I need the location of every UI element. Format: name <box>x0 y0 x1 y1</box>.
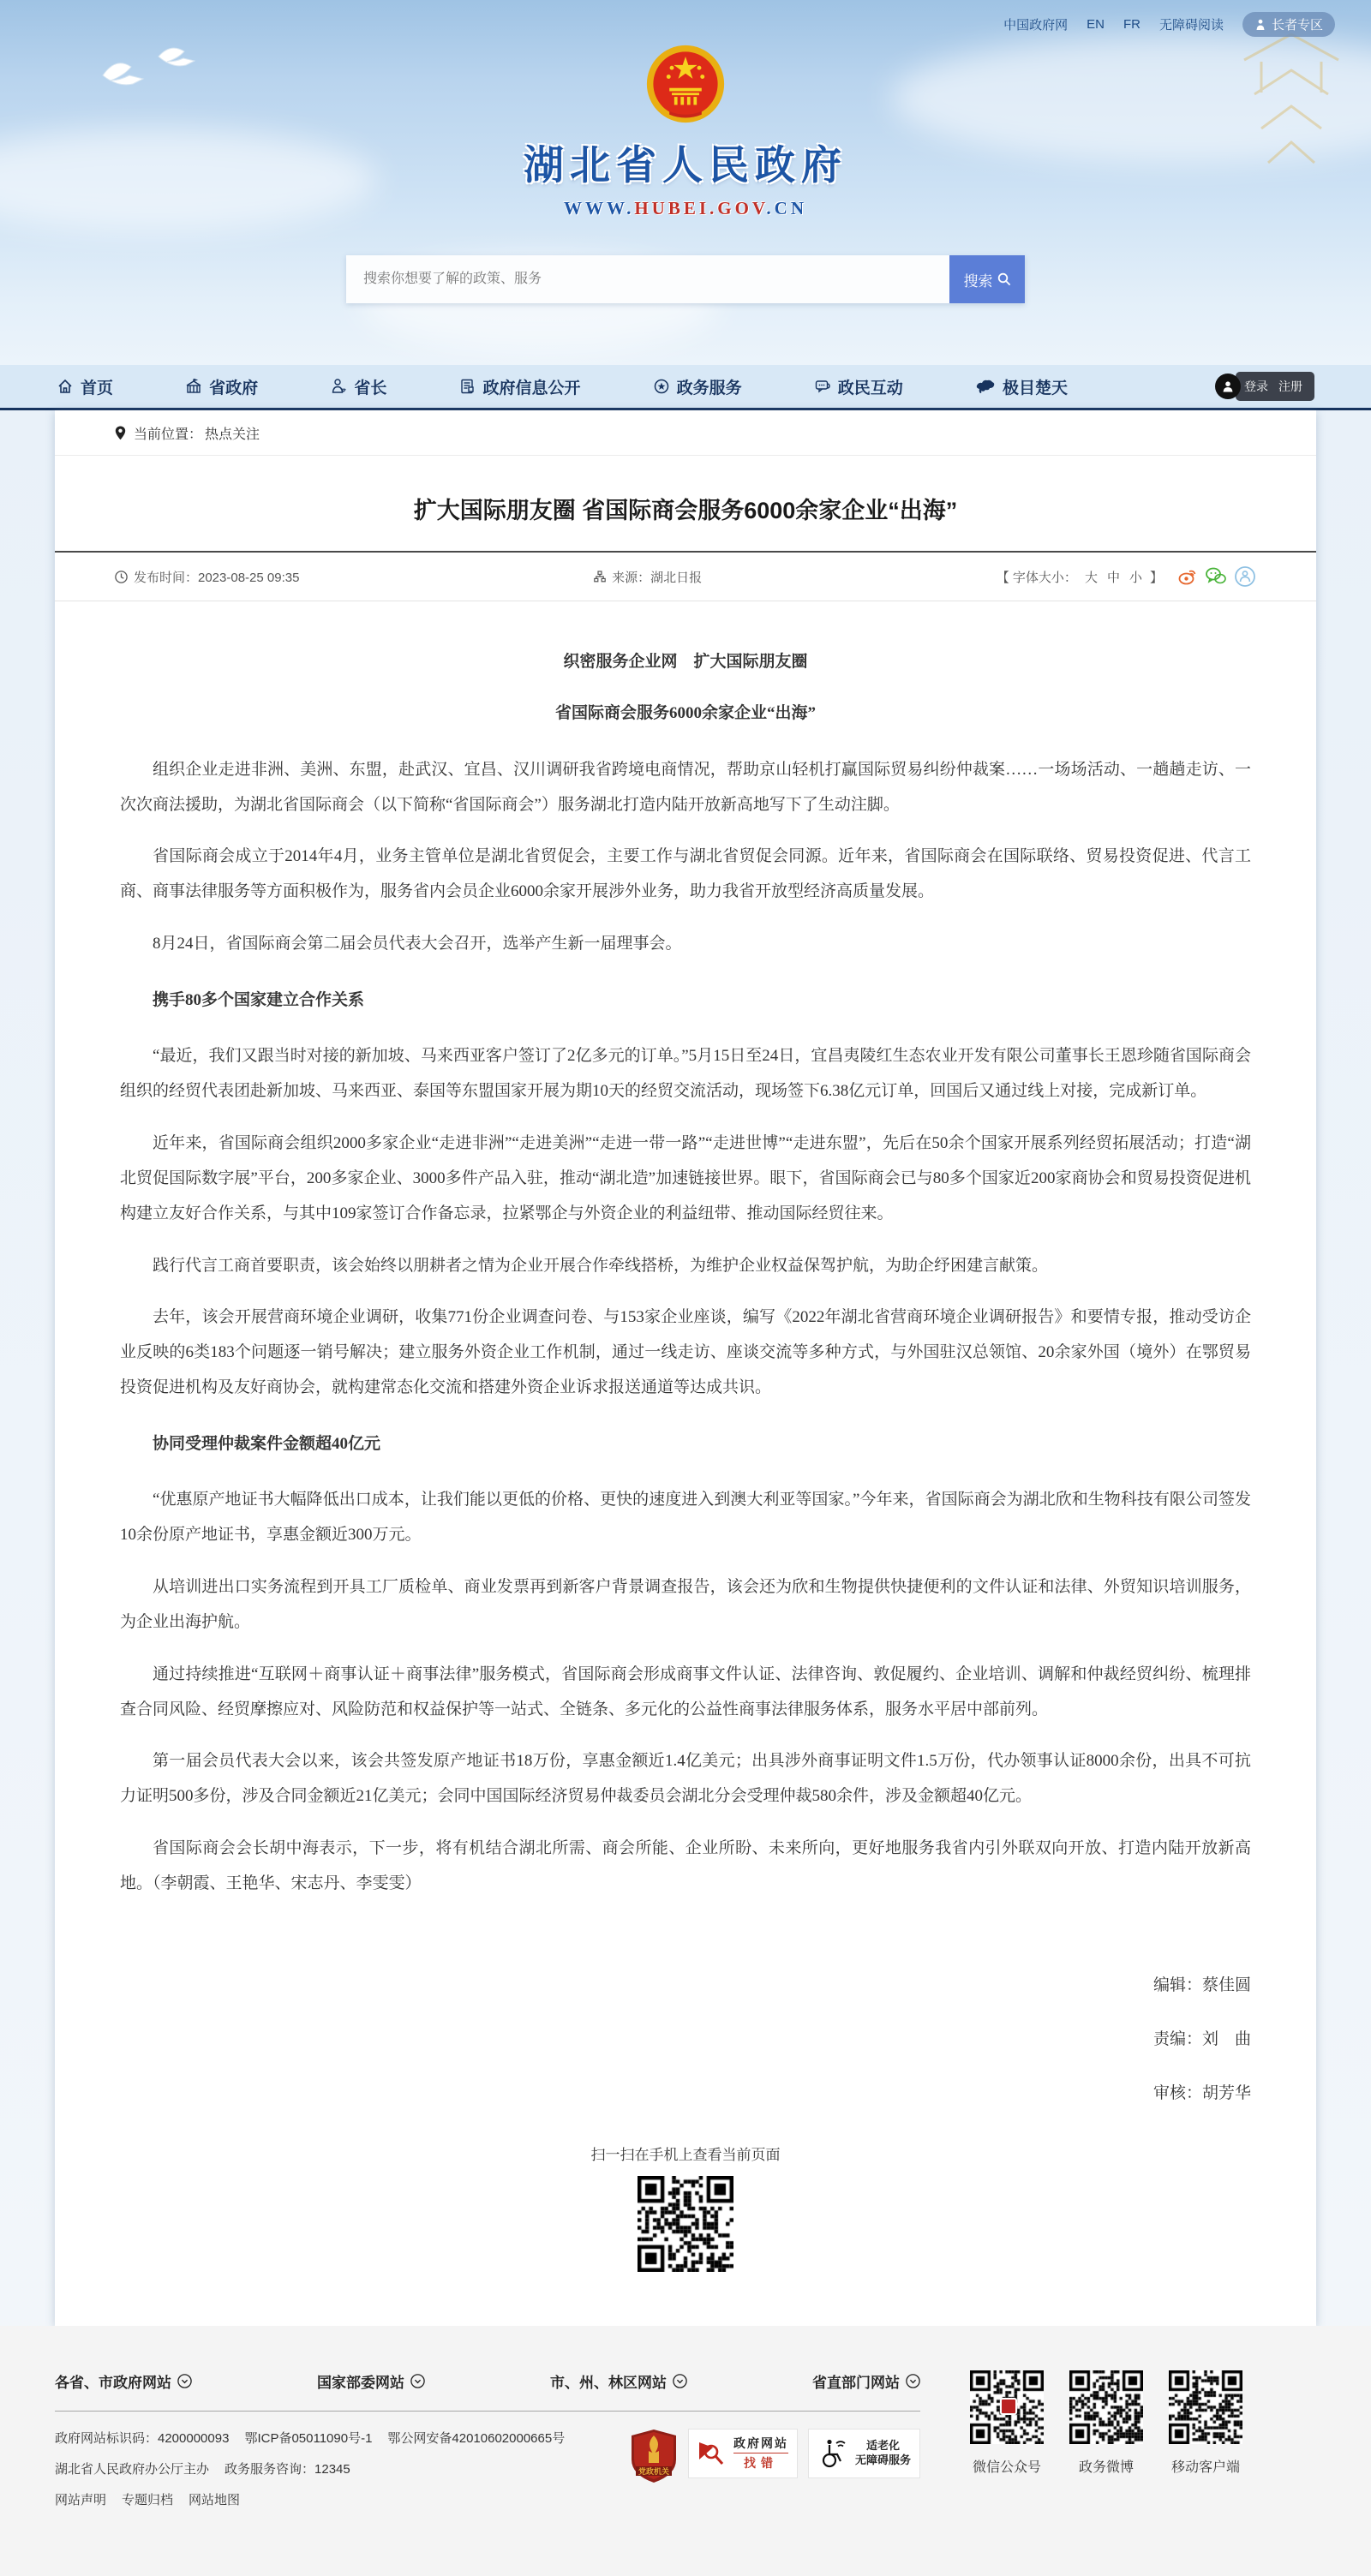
topbar-link-fr[interactable]: FR <box>1123 17 1141 32</box>
footer-qr-item: 微信公众号 <box>970 2370 1044 2476</box>
footer-bottom-row: 政府网站标识码：4200000093鄂ICP备05011090号-1鄂公网安备4… <box>55 2424 920 2516</box>
nav-label: 省政府 <box>209 375 258 398</box>
footer-qr-item: 政务微博 <box>1069 2370 1143 2476</box>
font-size-medium-button[interactable]: 中 <box>1107 568 1120 586</box>
nav-item-jimu-chutian[interactable]: 极目楚天 <box>975 375 1068 398</box>
breadcrumb: 当前位置：热点关注 <box>55 410 1316 456</box>
footer-link-dropdown[interactable]: 国家部委网站 <box>317 2370 425 2392</box>
font-size-suffix: 】 <box>1150 568 1163 586</box>
chevron-down-circle-icon <box>410 2374 425 2388</box>
elder-zone-button[interactable]: 长者专区 <box>1242 12 1335 37</box>
topbar: 中国政府网 EN FR 无障碍阅读 长者专区 <box>0 0 1371 37</box>
nav-item-governor[interactable]: 省长 <box>330 375 386 398</box>
auth-area: 登录 注册 <box>1215 372 1314 401</box>
qr-caption: 扫一扫在手机上查看当前页面 <box>55 2143 1316 2164</box>
main-area: 当前位置：热点关注 扩大国际朋友圈 省国际商会服务6000余家企业“出海” 发布… <box>0 410 1371 2326</box>
nav-item-provincial-government[interactable]: 省政府 <box>185 375 258 398</box>
content-panel: 当前位置：热点关注 扩大国际朋友圈 省国际商会服务6000余家企业“出海” 发布… <box>55 410 1316 2326</box>
article-title: 扩大国际朋友圈 省国际商会服务6000余家企业“出海” <box>106 492 1265 525</box>
topbar-link-accessibility[interactable]: 无障碍阅读 <box>1159 15 1224 33</box>
url-prefix: WWW. <box>564 198 634 218</box>
footer-qr-item: 移动客户端 <box>1169 2370 1242 2476</box>
article-meta: 发布时间：2023-08-25 09:35 来源：湖北日报 【 字体大小： 大 … <box>55 553 1316 601</box>
find-error-line1: 政府网站 <box>733 2436 788 2451</box>
register-button[interactable]: 注册 <box>1278 378 1302 395</box>
footer-link-groups: 各省、市政府网站 国家部委网站 市、州、林区网站 省直部门网站 <box>55 2370 920 2392</box>
accessibility-line1: 适老化 <box>866 2439 900 2453</box>
location-pin-icon <box>115 426 126 440</box>
breadcrumb-prefix: 当前位置： <box>134 423 202 443</box>
footer-qr-code <box>1069 2370 1143 2444</box>
footer-link-label: 市、州、林区网站 <box>550 2370 667 2392</box>
find-error-divider <box>733 2453 788 2453</box>
font-size-small-button[interactable]: 小 <box>1129 568 1142 586</box>
footer-link-label: 各省、市政府网站 <box>55 2370 171 2392</box>
footer-info-line-3: 网站声明专题归档网站地图 <box>55 2485 580 2516</box>
article-qr-code <box>638 2176 733 2272</box>
topbar-link-en[interactable]: EN <box>1087 17 1105 32</box>
source-label: 来源：湖北日报 <box>612 568 702 586</box>
site-header: 中国政府网 EN FR 无障碍阅读 长者专区 湖北省人民政府 <box>0 0 1371 365</box>
nav-label: 极目楚天 <box>1003 375 1068 398</box>
footer-info-link[interactable]: 网站声明 <box>55 2493 106 2507</box>
footer-info-link[interactable]: 专题归档 <box>122 2493 173 2507</box>
accessibility-line2: 无障碍服务 <box>855 2453 911 2468</box>
footer-qr-codes: 微信公众号 政务微博 移动客户端 <box>970 2370 1242 2550</box>
footer-qr-label: 微信公众号 <box>970 2456 1044 2476</box>
article-paragraph: 通过持续推进“互联网＋商事认证＋商事法律”服务模式，省国际商会形成商事文件认证、… <box>120 1658 1251 1728</box>
chevron-down-circle-icon <box>177 2374 192 2388</box>
article-paragraph: 第一届会员代表大会以来，该会共签发原产地证书18万份，享惠金额近1.4亿美元；出… <box>120 1744 1251 1814</box>
article-source: 来源：湖北日报 <box>594 568 702 586</box>
chevron-down-circle-icon <box>673 2374 687 2388</box>
footer-link-dropdown[interactable]: 省直部门网站 <box>812 2370 920 2392</box>
source-sitemap-icon <box>594 571 606 583</box>
breadcrumb-current[interactable]: 热点关注 <box>205 423 260 443</box>
search-button-label: 搜索 <box>964 269 993 290</box>
byline: 编辑：蔡佳圆 <box>120 1972 1251 1995</box>
interaction-chat-icon <box>814 378 831 395</box>
footer-info-item: 政务服务咨询：12345 <box>225 2462 350 2477</box>
site-title: 湖北省人民政府 <box>0 134 1371 191</box>
footer-qr-code <box>970 2370 1044 2444</box>
hubei-map-icon <box>975 378 996 395</box>
auth-box: 登录 注册 <box>1236 372 1314 401</box>
weibo-share-icon[interactable] <box>1177 566 1198 587</box>
topbar-link-gov-cn[interactable]: 中国政府网 <box>1003 15 1068 33</box>
chevron-down-circle-icon <box>906 2374 920 2388</box>
article-paragraph: 从培训进出口实务流程到开具工厂质检单、商业发票再到新客户背景调查报告，该会还为欣… <box>120 1570 1251 1641</box>
article-paragraph: “优惠原产地证书大幅降低出口成本，让我们能以更低的价格、更快的速度进入到澳大利亚… <box>120 1483 1251 1553</box>
footer-info-item: 湖北省人民政府办公厅主办 <box>55 2462 209 2477</box>
url-domain: HUBEI.GOV <box>634 198 766 218</box>
nav-label: 政务服务 <box>677 375 742 398</box>
accessibility-service-badge[interactable]: 适老化 无障碍服务 <box>808 2429 920 2478</box>
clock-icon <box>115 571 128 583</box>
home-icon <box>57 378 74 395</box>
nav-label: 省长 <box>354 375 386 398</box>
search-button[interactable]: 搜索 <box>949 255 1025 303</box>
article-paragraph: 8月24日，省国际商会第二届会员代表大会召开，选举产生新一届理事会。 <box>120 927 1251 962</box>
nav-label: 首页 <box>81 375 113 398</box>
svg-text:党政机关: 党政机关 <box>638 2466 669 2476</box>
nav-item-interaction[interactable]: 政民互动 <box>814 375 903 398</box>
publish-time: 发布时间：2023-08-25 09:35 <box>115 568 299 586</box>
footer-info-line-1: 政府网站标识码：4200000093鄂ICP备05011090号-1鄂公网安备4… <box>55 2424 580 2454</box>
footer-link-label: 国家部委网站 <box>317 2370 404 2392</box>
footer-link-dropdown[interactable]: 市、州、林区网站 <box>550 2370 687 2392</box>
search-icon <box>997 272 1011 286</box>
party-gov-shield-badge[interactable]: 党政机关 <box>630 2429 678 2483</box>
user-avatar-icon[interactable] <box>1215 374 1241 399</box>
footer-qr-label: 政务微博 <box>1069 2456 1143 2476</box>
footer-info: 政府网站标识码：4200000093鄂ICP备05011090号-1鄂公网安备4… <box>55 2424 580 2516</box>
footer: 各省、市政府网站 国家部委网站 市、州、林区网站 省直部门网站 <box>0 2326 1371 2576</box>
wheelchair-wifi-icon <box>817 2438 848 2469</box>
footer-info-link[interactable]: 网站地图 <box>189 2493 240 2507</box>
gov-services-icon <box>653 378 670 395</box>
byline: 审核：胡芳华 <box>120 2080 1251 2103</box>
article-paragraph: 携手80多个国家建立合作关系 <box>120 988 1251 1013</box>
share-icons <box>1177 565 1256 588</box>
article-paragraph: 织密服务企业网 扩大国际朋友圈 <box>120 649 1251 675</box>
nav-item-gov-services[interactable]: 政务服务 <box>653 375 742 398</box>
share-circle-icon[interactable] <box>1234 565 1256 588</box>
article-paragraph: 近年来，省国际商会组织2000多家企业“走进非洲”“走进美洲”“走进一带一路”“… <box>120 1127 1251 1232</box>
government-building-icon <box>185 378 202 395</box>
footer-info-item: 政府网站标识码：4200000093 <box>55 2431 229 2446</box>
byline: 责编：刘 曲 <box>120 2026 1251 2049</box>
footer-info-item: 鄂ICP备05011090号-1 <box>244 2431 372 2446</box>
elder-person-icon <box>1254 19 1266 31</box>
governor-person-icon <box>330 378 347 395</box>
nav-items: 首页 省政府 省长 政府信息公开 政务服务 政民互动 <box>57 375 1068 398</box>
nav-label: 政民互动 <box>838 375 903 398</box>
font-size-large-button[interactable]: 大 <box>1085 568 1098 586</box>
footer-link-dropdown[interactable]: 各省、市政府网站 <box>55 2370 192 2392</box>
nav-item-home[interactable]: 首页 <box>57 375 113 398</box>
login-button[interactable]: 登录 <box>1244 378 1268 395</box>
footer-qr-code <box>1169 2370 1242 2444</box>
elder-zone-label: 长者专区 <box>1272 15 1323 33</box>
article-body: 织密服务企业网 扩大国际朋友圈省国际商会服务6000余家企业“出海”组织企业走进… <box>55 601 1316 1902</box>
article-paragraph: 省国际商会会长胡中海表示，下一步，将有机结合湖北所需、商会所能、企业所盼、未来所… <box>120 1832 1251 1902</box>
footer-link-label: 省直部门网站 <box>812 2370 900 2392</box>
search-bar: 搜索 <box>346 255 1025 303</box>
website-find-error-badge[interactable]: 政府网站 找错 <box>688 2429 798 2478</box>
footer-badges: 党政机关 政府网站 找错 适老化 无障碍 <box>630 2429 920 2516</box>
article-paragraph: 省国际商会成立于2014年4月，业务主管单位是湖北省贸促会，主要工作与湖北省贸促… <box>120 840 1251 910</box>
footer-qr-label: 移动客户端 <box>1169 2456 1242 2476</box>
footer-left: 各省、市政府网站 国家部委网站 市、州、林区网站 省直部门网站 <box>55 2370 920 2550</box>
article-paragraph: 去年，该会开展营商环境企业调研，收集771份企业调查问卷、与153家企业座谈，编… <box>120 1300 1251 1406</box>
site-url: WWW.HUBEI.GOV.CN <box>0 198 1371 219</box>
national-emblem <box>645 44 726 124</box>
info-disclosure-icon <box>458 378 476 395</box>
article-paragraph: 践行代言工商首要职责，该会始终以朋耕者之情为企业开展合作牵线搭桥，为维护企业权益… <box>120 1249 1251 1284</box>
find-error-icon <box>697 2439 727 2468</box>
wechat-share-icon[interactable] <box>1205 566 1227 587</box>
find-error-line2: 找错 <box>744 2455 778 2471</box>
page: 中国政府网 EN FR 无障碍阅读 长者专区 湖北省人民政府 <box>0 0 1371 2576</box>
footer-divider <box>55 2411 920 2412</box>
publish-time-label: 发布时间：2023-08-25 09:35 <box>134 568 299 586</box>
nav-label: 政府信息公开 <box>482 375 580 398</box>
article-paragraph: 省国际商会服务6000余家企业“出海” <box>120 701 1251 726</box>
masthead: 湖北省人民政府 WWW.HUBEI.GOV.CN <box>0 44 1371 219</box>
nav-item-info-disclosure[interactable]: 政府信息公开 <box>458 375 580 398</box>
article-paragraph: 协同受理仲裁案件金额超40亿元 <box>120 1431 1251 1457</box>
bylines: 编辑：蔡佳圆责编：刘 曲审核：胡芳华 <box>55 1919 1316 2103</box>
font-size-prefix: 【 字体大小： <box>997 568 1077 586</box>
article-qr-section: 扫一扫在手机上查看当前页面 <box>55 2143 1316 2276</box>
footer-info-line-2: 湖北省人民政府办公厅主办政务服务咨询：12345 <box>55 2454 580 2485</box>
article-paragraph: “最近，我们又跟当时对接的新加坡、马来西亚客户签订了2亿多元的订单。”5月15日… <box>120 1039 1251 1109</box>
search-input[interactable] <box>346 255 949 303</box>
footer-info-item: 鄂公网安备42010602000665号 <box>387 2431 565 2446</box>
article-paragraph: 组织企业走进非洲、美洲、东盟，赴武汉、宜昌、汉川调研我省跨境电商情况，帮助京山轻… <box>120 753 1251 823</box>
url-suffix: .CN <box>766 198 807 218</box>
main-nav: 首页 省政府 省长 政府信息公开 政务服务 政民互动 <box>0 365 1371 410</box>
font-size-controls: 【 字体大小： 大 中 小 】 <box>997 565 1256 588</box>
